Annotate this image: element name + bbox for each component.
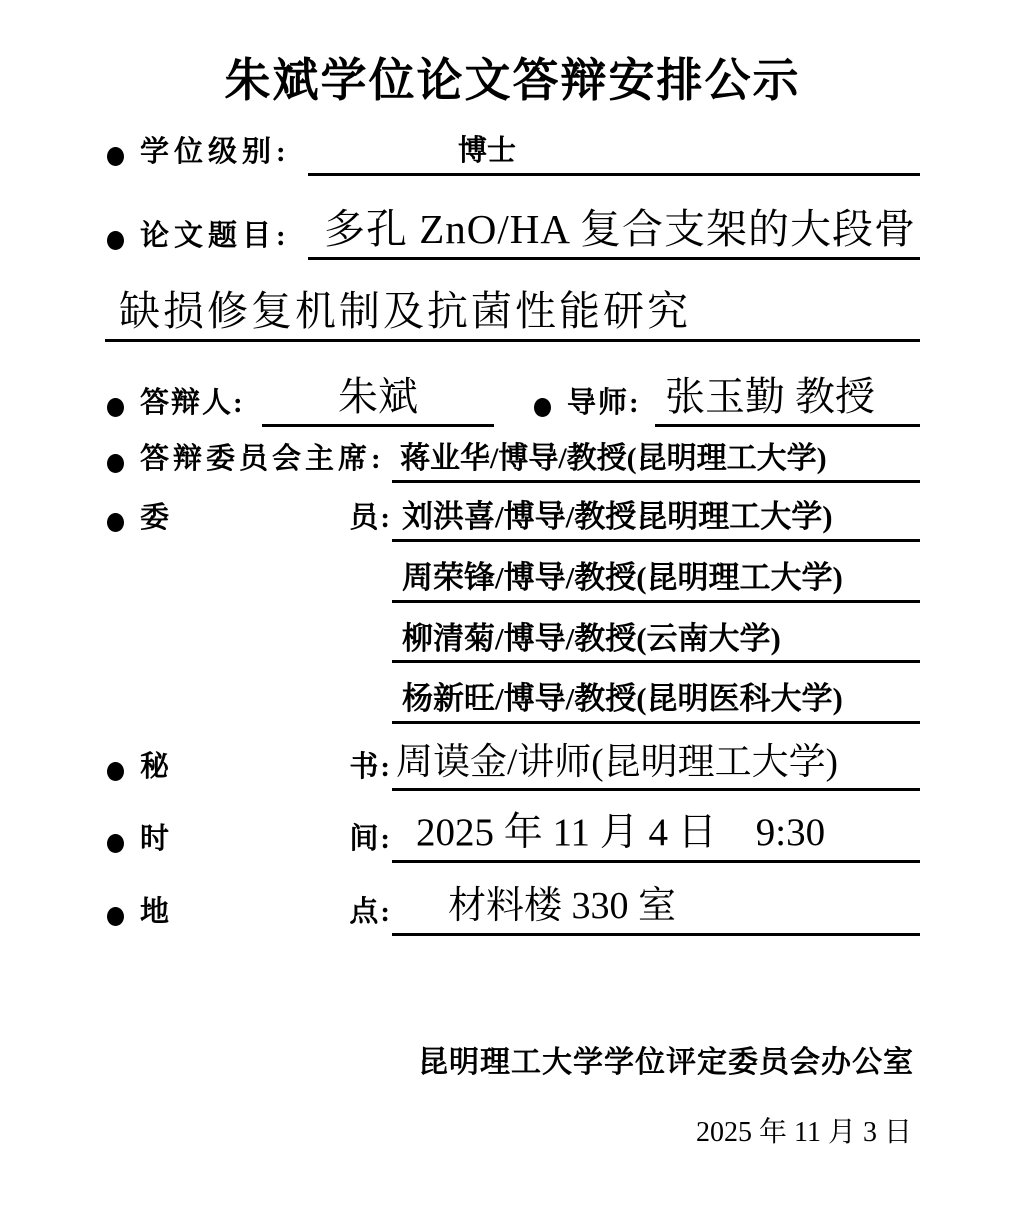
secretary-value: 周谟金/讲师(昆明理工大学) (392, 742, 838, 785)
thesis-title-underline: 多孔 ZnO/HA 复合支架的大段骨 (308, 206, 920, 260)
bullet-icon (107, 231, 124, 250)
bullet-icon (107, 834, 124, 853)
thesis-title-line1: 多孔 ZnO/HA 复合支架的大段骨 (308, 206, 916, 253)
bullet-icon (107, 762, 124, 781)
thesis-title-underline: 缺损修复机制及抗菌性能研究 (105, 288, 920, 342)
bullet-icon (107, 513, 124, 532)
issuing-office: 昆明理工大学学位评定委员会办公室 (105, 1044, 920, 1082)
degree-level-underline: 博士 (308, 135, 920, 176)
degree-level-label: 学位级别: (140, 134, 308, 176)
supervisor-value: 张玉勤 教授 (655, 374, 875, 420)
committee-member-underline: 刘洪喜/博导/教授昆明理工大学) (392, 499, 920, 542)
defender-label: 答辩人: (140, 385, 262, 427)
place-label-right: 点: (349, 894, 392, 930)
committee-member-row: 委 员: 刘洪喜/博导/教授昆明理工大学) (105, 499, 920, 542)
bullet-icon (107, 907, 124, 926)
defender-value: 朱斌 (262, 374, 494, 420)
place-underline: 材料楼 330 室 (392, 885, 920, 936)
committee-member-value: 柳清菊/博导/教授(云南大学) (392, 621, 781, 657)
bullet-icon (107, 454, 124, 473)
committee-chair-row: 答辩委员会主席: 蒋业华/博导/教授(昆明理工大学) (105, 441, 920, 483)
committee-chair-underline: 蒋业华/博导/教授(昆明理工大学) (392, 442, 920, 484)
committee-member-value: 周荣锋/博导/教授(昆明理工大学) (392, 560, 843, 596)
committee-member-underline: 周荣锋/博导/教授(昆明理工大学) (392, 560, 920, 603)
defender-underline: 朱斌 (262, 374, 494, 427)
supervisor-underline: 张玉勤 教授 (655, 374, 920, 427)
place-row: 地 点: 材料楼 330 室 (105, 885, 920, 936)
time-label: 时 间: (140, 821, 392, 863)
committee-member-value: 杨新旺/博导/教授(昆明医科大学) (392, 681, 843, 717)
committee-member-row: 杨新旺/博导/教授(昆明医科大学) (105, 681, 920, 724)
bullet-icon (107, 398, 124, 417)
thesis-title-continuation-row: 缺损修复机制及抗菌性能研究 (105, 288, 920, 342)
secretary-label-left: 秘 (140, 749, 171, 785)
defense-announcement-document: 朱斌学位论文答辩安排公示 学位级别: 博士 论文题目: 多孔 ZnO/HA 复合… (0, 0, 1024, 1226)
time-label-right: 间: (349, 821, 392, 857)
thesis-title-label: 论文题目: (140, 218, 308, 260)
secretary-label: 秘 书: (140, 749, 392, 791)
issue-date: 2025 年 11 月 3 日 (105, 1115, 920, 1150)
committee-member-label-left: 委 (140, 500, 171, 536)
page-title: 朱斌学位论文答辩安排公示 (105, 52, 920, 110)
committee-member-label: 委 员: (140, 500, 392, 542)
degree-level-value: 博士 (308, 135, 516, 168)
secretary-label-right: 书: (349, 749, 392, 785)
bullet-icon (534, 398, 551, 417)
place-value: 材料楼 330 室 (392, 885, 676, 929)
thesis-title-line2: 缺损修复机制及抗菌性能研究 (105, 288, 691, 335)
time-value: 2025 年 11 月 4 日 9:30 (392, 811, 825, 856)
committee-member-row: 柳清菊/博导/教授(云南大学) (105, 621, 920, 664)
time-label-left: 时 (140, 821, 171, 857)
committee-member-row: 周荣锋/博导/教授(昆明理工大学) (105, 560, 920, 603)
defender-supervisor-row: 答辩人: 朱斌 导师: 张玉勤 教授 (105, 374, 920, 427)
time-underline: 2025 年 11 月 4 日 9:30 (392, 811, 920, 863)
secretary-underline: 周谟金/讲师(昆明理工大学) (392, 742, 920, 792)
degree-level-row: 学位级别: 博士 (105, 134, 920, 176)
committee-member-label-right: 员: (349, 500, 392, 536)
time-row: 时 间: 2025 年 11 月 4 日 9:30 (105, 811, 920, 863)
supervisor-label: 导师: (567, 385, 655, 427)
place-label: 地 点: (140, 894, 392, 936)
secretary-row: 秘 书: 周谟金/讲师(昆明理工大学) (105, 742, 920, 792)
bullet-icon (107, 147, 124, 166)
committee-member-value: 刘洪喜/博导/教授昆明理工大学) (392, 499, 833, 535)
thesis-title-row: 论文题目: 多孔 ZnO/HA 复合支架的大段骨 (105, 206, 920, 260)
place-label-left: 地 (140, 894, 171, 930)
committee-member-underline: 杨新旺/博导/教授(昆明医科大学) (392, 681, 920, 724)
committee-chair-label: 答辩委员会主席: (140, 441, 392, 483)
committee-member-underline: 柳清菊/博导/教授(云南大学) (392, 621, 920, 664)
committee-chair-value: 蒋业华/博导/教授(昆明理工大学) (392, 442, 827, 477)
